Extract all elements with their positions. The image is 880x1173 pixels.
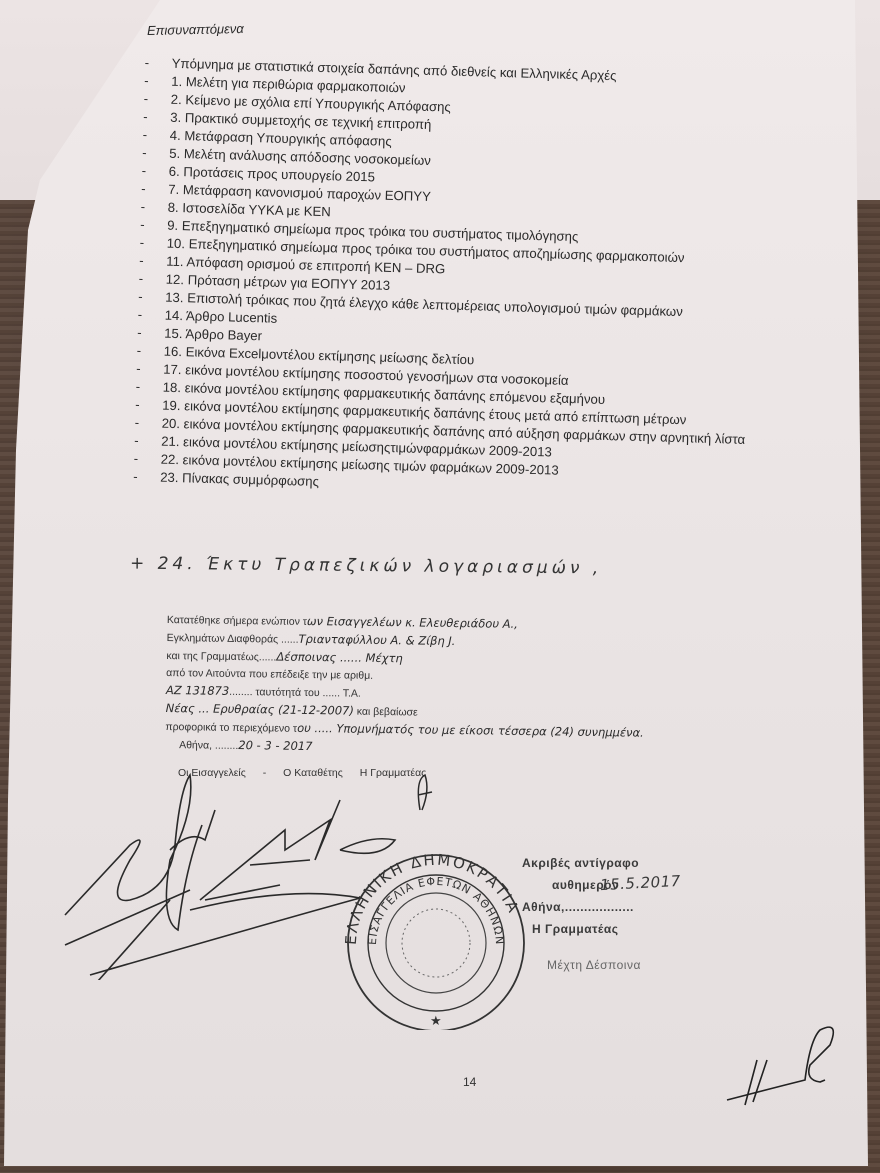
stamp-text: Κατατέθηκε σήμερα ενώπιον τ <box>167 614 307 628</box>
stamp-handwriting: Νέας ... Ερυθραίας (21-12-2007) <box>166 701 354 718</box>
stamp-handwriting: ου ..... Υπομνήματός του με είκοσι τέσσε… <box>297 721 644 740</box>
bullet: - <box>142 144 147 162</box>
bullet: - <box>143 108 148 126</box>
certified-role: Η Γραμματέας <box>522 918 641 940</box>
id-number-handwriting: ΑΖ 131873 <box>166 683 230 698</box>
date-label: Αθήνα, ........ <box>179 739 238 752</box>
stamp-handwriting: Δέσποινας ...... Μέχτη <box>276 650 403 666</box>
bullet: - <box>139 252 144 270</box>
certified-date-handwriting: 15.5.2017 <box>600 872 682 894</box>
stamp-handwriting: Τριανταφύλλου Α. & Ζίβη J. <box>298 632 455 648</box>
list-item-text: 14. Άρθρο Lucentis <box>165 308 278 326</box>
attachments-list: -Υπόμνημα με στατιστικά στοιχεία δαπάνης… <box>133 54 845 505</box>
bullet: - <box>136 342 141 360</box>
bullet: - <box>144 54 149 72</box>
initials-signature <box>725 1020 835 1110</box>
stamp-text: από τον Αιτούντα που επέδειξε την με αρι… <box>166 667 373 682</box>
bullet: - <box>134 414 139 432</box>
bullet: - <box>135 378 140 396</box>
bullet: - <box>140 198 145 216</box>
bullet: - <box>144 72 149 90</box>
stamp-text: και της Γραμματέως...... <box>166 650 276 664</box>
bullet: - <box>133 468 138 486</box>
list-item-text: 23. Πίνακας συμμόρφωσης <box>160 470 319 489</box>
secretary-initial <box>410 770 440 820</box>
bullet: - <box>142 126 147 144</box>
bullet: - <box>137 324 142 342</box>
bullet: - <box>135 396 140 414</box>
bullet: - <box>136 360 141 378</box>
certified-date-label: Αθήνα,.................. <box>522 900 634 914</box>
bullet: - <box>137 306 142 324</box>
deposit-stamp: Κατατέθηκε σήμερα ενώπιον των Εισαγγελέω… <box>165 611 767 762</box>
list-item-text: 8. Ιστοσελίδα ΥΥΚΑ με ΚΕΝ <box>168 200 331 220</box>
bullet: - <box>138 288 143 306</box>
list-item-text: 15. Άρθρο Bayer <box>164 326 262 344</box>
stamp-text: ........ ταυτότητά του ...... Τ.Α. <box>229 686 361 700</box>
stamp-text: προφορικά το περιεχόμενο τ <box>165 721 297 735</box>
page-number: 14 <box>463 1075 476 1089</box>
stamp-handwriting: ων Εισαγγελέων κ. Ελευθεριάδου Α., <box>307 614 518 631</box>
bullet: - <box>140 216 145 234</box>
stamp-text: Εγκλημάτων Διαφθοράς ...... <box>167 632 299 646</box>
bullet: - <box>138 270 143 288</box>
certified-copy-title: Ακριβές αντίγραφο <box>522 852 641 874</box>
bullet: - <box>133 450 138 468</box>
certified-name: Μέχτη Δέσποινα <box>522 954 641 976</box>
certified-copy-stamp: Ακριβές αντίγραφο αυθημερόν Αθήνα,......… <box>522 852 641 976</box>
bullet: - <box>143 90 148 108</box>
official-seal: ΕΛΛΗΝΙΚΗ ΔΗΜΟΚΡΑΤΙΑ ΕΙΣΑΓΓΕΛΙΑ ΕΦΕΤΩΝ ΑΘ… <box>338 845 534 1030</box>
bullet: - <box>141 180 146 198</box>
stamp-text: και βεβαίωσε <box>357 706 418 719</box>
page-heading: Επισυναπτόμενα <box>147 21 244 38</box>
svg-text:★: ★ <box>430 1013 442 1028</box>
bullet: - <box>141 162 146 180</box>
date-handwriting: 20 - 3 - 2017 <box>238 738 312 753</box>
bullet: - <box>139 234 144 252</box>
bullet: - <box>134 432 139 450</box>
